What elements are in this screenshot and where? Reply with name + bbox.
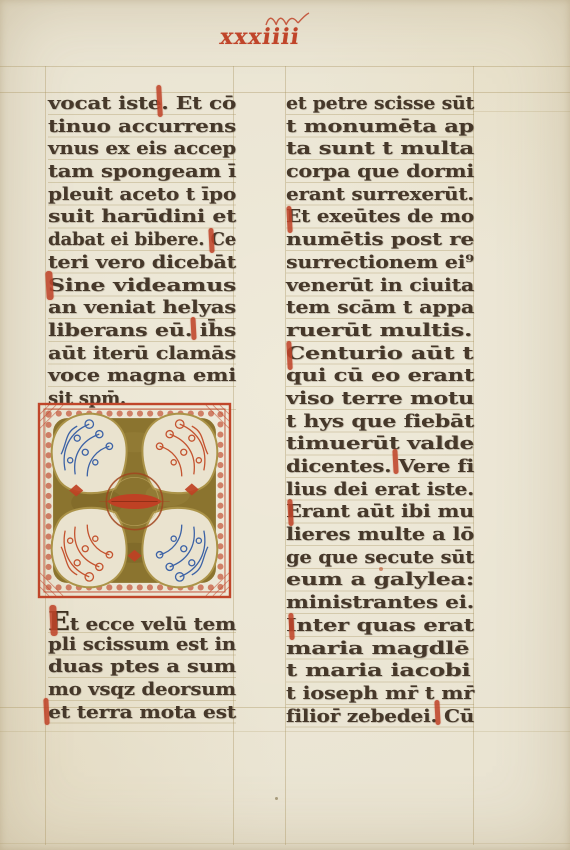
text-line-content: erant surrexerūt. xyxy=(286,184,474,207)
text-line-content: Inter quas erat xyxy=(286,615,474,638)
text-line-content: ministrantes ei. xyxy=(286,592,474,615)
text-line: timuerūt valde xyxy=(286,433,474,456)
text-line-content: venerūt in ciuita xyxy=(286,275,474,298)
ornament-lobe-bottom-left xyxy=(52,508,127,587)
text-line: eum a galylea: xyxy=(286,569,474,592)
text-line: corpa que dormi xyxy=(286,161,474,184)
rubric-stroke xyxy=(156,85,163,117)
text-line: viso terre motu xyxy=(286,388,474,411)
text-line: aūt iterū clamās xyxy=(48,343,236,366)
text-line: surrectionem ei⁹ xyxy=(286,252,474,275)
text-line: et terra mota est xyxy=(48,702,236,725)
text-line-content: qui cū eo erant xyxy=(286,365,474,388)
text-line: maria magdlē xyxy=(286,638,474,661)
text-line: vocat iste. Et cō xyxy=(48,93,236,116)
text-line: Inter quas erat xyxy=(286,615,474,638)
text-line-content: et petre scisse sūt xyxy=(286,93,474,116)
text-line: teri vero dicebāt xyxy=(48,252,236,275)
text-line: tem scām t appa xyxy=(286,297,474,320)
text-line-content: numētis post re xyxy=(286,229,474,252)
text-line-content: ruerūt multis. xyxy=(286,320,472,343)
text-line-content: vnus ex eis accep xyxy=(48,138,236,161)
text-line-content: t ioseph mr̄ t mr̄ xyxy=(286,683,474,706)
ruling-line xyxy=(473,111,570,112)
folio-flourish-icon xyxy=(263,11,311,27)
text-line: lieres multe a lō xyxy=(286,524,474,547)
text-line: venerūt in ciuita xyxy=(286,275,474,298)
text-line: tam spongeam ī xyxy=(48,161,236,184)
text-line-content: an veniat helyas xyxy=(48,297,236,320)
text-line: dicentes. Vere fi xyxy=(286,456,474,479)
text-line: t maria iacobi xyxy=(286,660,474,683)
text-line-content: timuerūt valde xyxy=(286,433,474,456)
text-line-content: vocat iste. Et cō xyxy=(48,93,236,116)
text-line: pleuit aceto t īpo xyxy=(48,184,236,207)
text-line: ruerūt multis. xyxy=(286,320,474,343)
text-line-content: mo vsqz deorsum xyxy=(48,679,236,702)
illuminated-ornament xyxy=(37,402,232,599)
text-line-content: liberans eū. ih̄s xyxy=(48,320,236,343)
text-line-content: Et exeūtes de mo xyxy=(286,206,474,229)
ornament-lobe-bottom-right xyxy=(142,508,217,587)
text-line-content: tam spongeam ī xyxy=(48,161,236,184)
text-line-content: tem scām t appa xyxy=(286,297,474,320)
text-line: liberans eū. ih̄s xyxy=(48,320,236,343)
manuscript-page: xxxiiii vocat iste. Et cōtinuo accurrens… xyxy=(0,0,570,850)
text-line-content: teri vero dicebāt xyxy=(48,252,236,275)
text-line-content: t hys que fiebāt xyxy=(286,411,474,434)
ink-speck xyxy=(379,567,383,571)
text-line-content: tinuo accurrens xyxy=(48,116,236,139)
text-column-left-lower: Et ecce velū templi scissum est induas p… xyxy=(48,611,236,725)
text-line-content: et terra mota est xyxy=(48,702,236,725)
text-line: lius dei erat iste. xyxy=(286,479,474,502)
text-line-content: Erant aūt ibi mu xyxy=(286,501,474,524)
rubric-stroke xyxy=(45,271,54,300)
text-line-content: surrectionem ei⁹ xyxy=(286,252,474,275)
text-line-content: Sine videamus xyxy=(48,275,236,298)
text-line: et petre scisse sūt xyxy=(286,93,474,116)
text-line: Sine videamus xyxy=(48,275,236,298)
text-line-content: Centurio aūt t xyxy=(286,343,473,366)
folio-number: xxxiiii xyxy=(210,24,310,50)
text-line-content: aūt iterū clamās xyxy=(48,343,236,366)
text-line: t ioseph mr̄ t mr̄ xyxy=(286,683,474,706)
text-line-content: lieres multe a lō xyxy=(286,524,474,547)
text-line: Et exeūtes de mo xyxy=(286,206,474,229)
text-line: voce magna emi xyxy=(48,365,236,388)
text-line-content: duas ptes a sum xyxy=(48,656,236,679)
ink-speck xyxy=(275,797,278,800)
text-line: an veniat helyas xyxy=(48,297,236,320)
text-line: ministrantes ei. xyxy=(286,592,474,615)
text-line: mo vsqz deorsum xyxy=(48,679,236,702)
text-line: t monumēta ap xyxy=(286,116,474,139)
text-line-content: eum a galylea: xyxy=(286,569,474,592)
text-line-content: voce magna emi xyxy=(48,365,236,388)
text-line: Erant aūt ibi mu xyxy=(286,501,474,524)
text-line-content: dicentes. Vere fi xyxy=(286,456,474,479)
text-line: erant surrexerūt. xyxy=(286,184,474,207)
text-line-content: pleuit aceto t īpo xyxy=(48,184,236,207)
text-line: duas ptes a sum xyxy=(48,656,236,679)
text-line-content: corpa que dormi xyxy=(286,161,474,184)
text-line: filior̄ zebedei. Cū xyxy=(286,706,474,729)
text-column-left: vocat iste. Et cōtinuo accurrensvnus ex … xyxy=(48,93,236,411)
text-line-content: viso terre motu xyxy=(286,388,474,411)
text-line-content: suit harūdini et xyxy=(48,206,236,229)
text-line: qui cū eo erant xyxy=(286,365,474,388)
text-line-content: t maria iacobi xyxy=(286,660,470,683)
text-line: numētis post re xyxy=(286,229,474,252)
text-line: Centurio aūt t xyxy=(286,343,474,366)
text-line-content: pli scissum est in xyxy=(48,634,236,657)
text-line-content: filior̄ zebedei. Cū xyxy=(286,706,474,729)
text-column-right: et petre scisse sūtt monumēta apta sunt … xyxy=(286,93,474,729)
text-line-content: t monumēta ap xyxy=(286,116,474,139)
text-line: Et ecce velū tem xyxy=(48,611,236,634)
text-line: suit harūdini et xyxy=(48,206,236,229)
text-line: t hys que fiebāt xyxy=(286,411,474,434)
text-line: vnus ex eis accep xyxy=(48,138,236,161)
text-line: pli scissum est in xyxy=(48,634,236,657)
text-line-content: maria magdlē xyxy=(286,638,469,661)
text-line-content: lius dei erat iste. xyxy=(286,479,474,502)
text-line: ta sunt t multa xyxy=(286,138,474,161)
text-line-content: ta sunt t multa xyxy=(286,138,474,161)
text-line: tinuo accurrens xyxy=(48,116,236,139)
